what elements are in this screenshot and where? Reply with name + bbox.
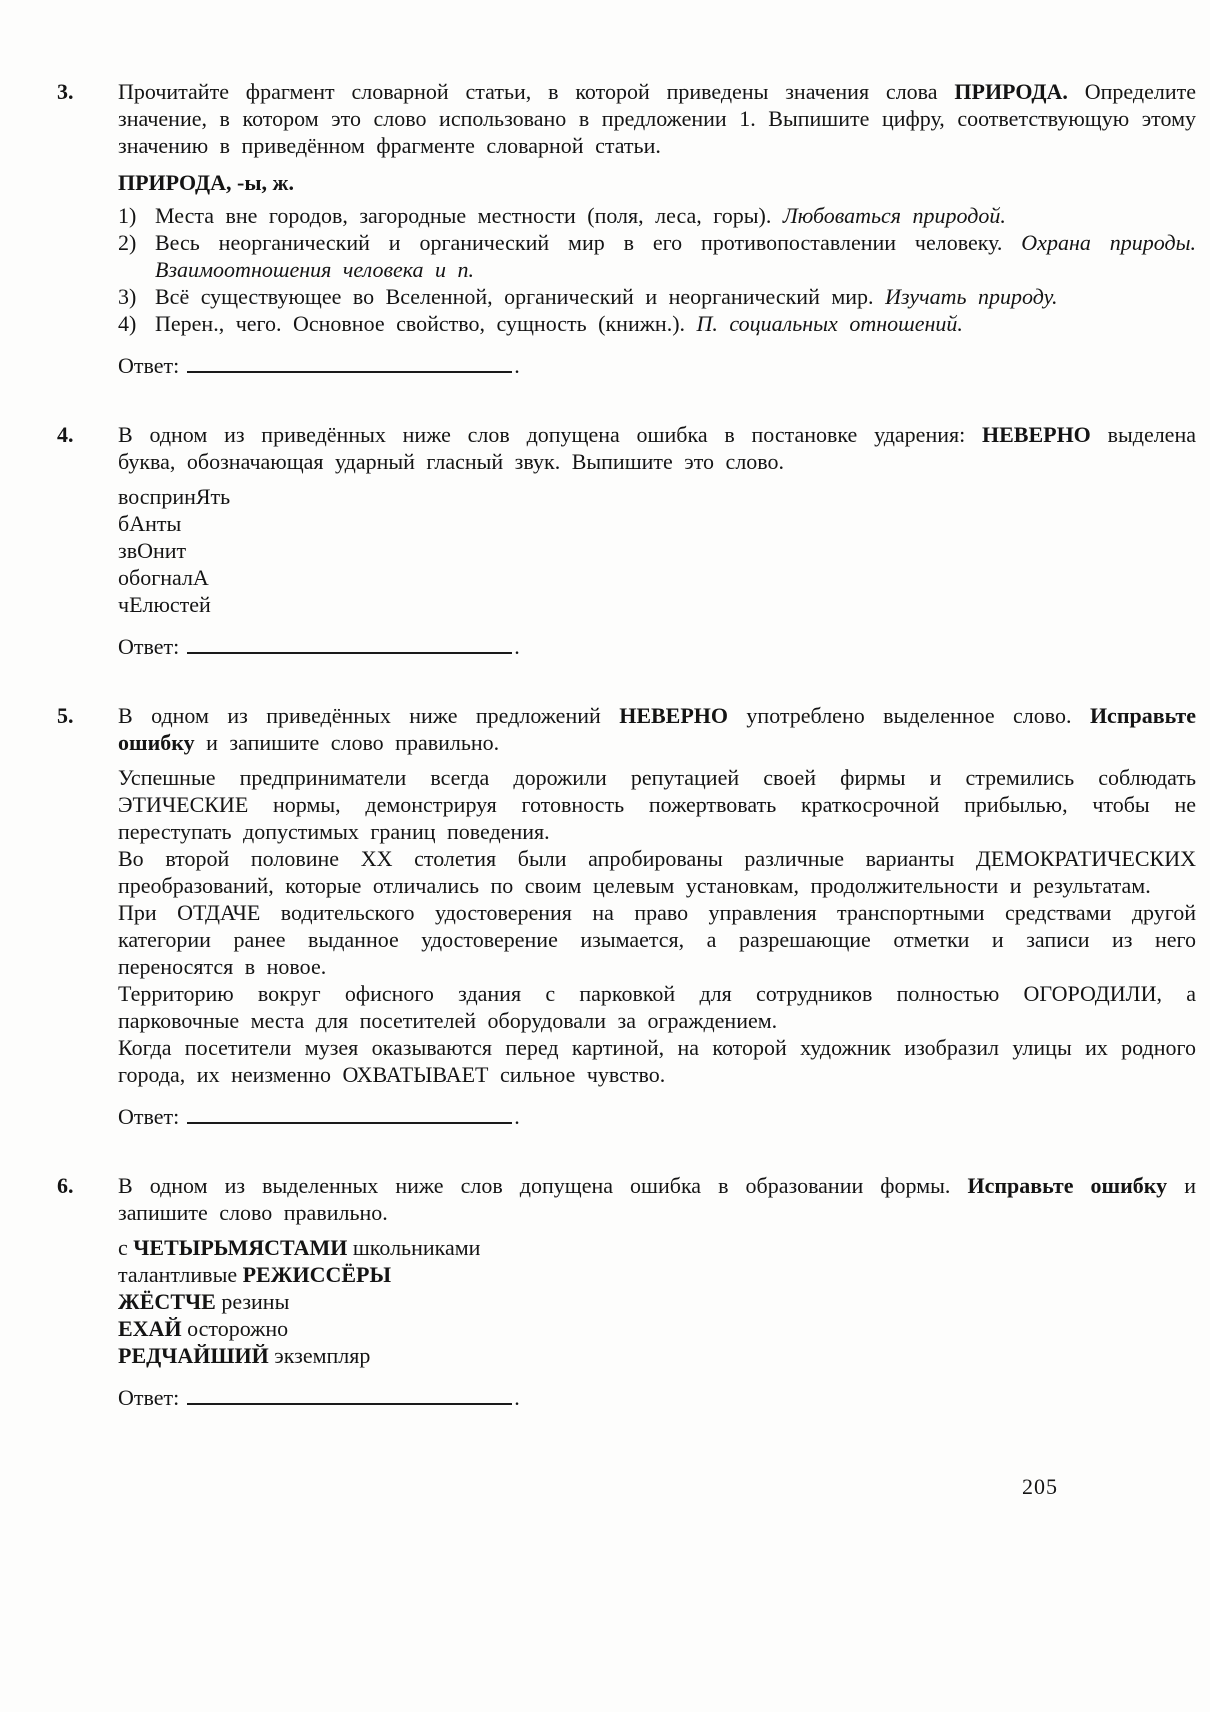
word-list-item: воспринЯть [118, 483, 1196, 510]
answer-period: . [514, 634, 520, 659]
sentence: При ОТДАЧЕ водительского удостоверения н… [118, 899, 1196, 980]
dictionary-item-1-number: 1) [118, 202, 155, 229]
sentence: Во второй половине XX столетия были апро… [118, 845, 1196, 899]
question-3-text: Прочитайте фрагмент словарной статьи, в … [118, 78, 1196, 159]
dictionary-item-3-text: Всё существующее во Вселенной, органичес… [155, 283, 1196, 310]
page-number: 205 [1022, 1474, 1058, 1500]
answer-blank-line [187, 1102, 512, 1124]
word-list-item: звОнит [118, 537, 1196, 564]
answer-blank-line [187, 1383, 512, 1405]
dictionary-definition-list: 1) Места вне городов, загородные местнос… [118, 202, 1196, 337]
word-list-item: чЕлюстей [118, 591, 1196, 618]
scanned-exam-page: 3. Прочитайте фрагмент словарной статьи,… [0, 0, 1210, 1712]
word-list-item: бАнты [118, 510, 1196, 537]
sentence: Когда посетители музея оказываются перед… [118, 1034, 1196, 1088]
question-3-number: 3. [0, 78, 118, 379]
dictionary-item-3: 3) Всё существующее во Вселенной, органи… [118, 283, 1196, 310]
sentence: Успешные предприниматели всегда дорожили… [118, 764, 1196, 845]
phrase-item: ЖЁСТЧЕ резины [118, 1288, 1196, 1315]
phrase-item: с ЧЕТЫРЬМЯСТАМИ школьниками [118, 1234, 1196, 1261]
question-4-word-list: воспринЯть бАнты звОнит обогналА чЕлюсте… [118, 483, 1196, 618]
answer-label: Ответ: [118, 1104, 179, 1129]
question-5-sentences: Успешные предприниматели всегда дорожили… [118, 764, 1196, 1088]
question-4-number: 4. [0, 421, 118, 660]
dictionary-item-1: 1) Места вне городов, загородные местнос… [118, 202, 1196, 229]
question-4: 4. В одном из приведённых ниже слов допу… [0, 421, 1196, 660]
phrase-item: талантливые РЕЖИССЁРЫ [118, 1261, 1196, 1288]
question-5-answer-row: Ответ:. [118, 1102, 1196, 1130]
question-6-number: 6. [0, 1172, 118, 1411]
dictionary-item-2-number: 2) [118, 229, 155, 283]
dictionary-item-3-number: 3) [118, 283, 155, 310]
question-5-number: 5. [0, 702, 118, 1130]
question-5-text: В одном из приведённых ниже предложений … [118, 702, 1196, 756]
question-3: 3. Прочитайте фрагмент словарной статьи,… [0, 78, 1196, 379]
dictionary-item-4: 4) Перен., чего. Основное свойство, сущн… [118, 310, 1196, 337]
phrase-item: РЕДЧАЙШИЙ экземпляр [118, 1342, 1196, 1369]
answer-label: Ответ: [118, 1385, 179, 1410]
question-5: 5. В одном из приведённых ниже предложен… [0, 702, 1196, 1130]
answer-label: Ответ: [118, 634, 179, 659]
answer-period: . [514, 353, 520, 378]
dictionary-item-4-number: 4) [118, 310, 155, 337]
dictionary-item-2-text: Весь неорганический и органический мир в… [155, 229, 1196, 283]
question-6-text: В одном из выделенных ниже слов допущена… [118, 1172, 1196, 1226]
answer-blank-line [187, 351, 512, 373]
question-3-answer-row: Ответ:. [118, 351, 1196, 379]
dictionary-headword: ПРИРОДА, -ы, ж. [118, 169, 1196, 196]
question-6-answer-row: Ответ:. [118, 1383, 1196, 1411]
answer-label: Ответ: [118, 353, 179, 378]
dictionary-item-2: 2) Весь неорганический и органический ми… [118, 229, 1196, 283]
word-list-item: обогналА [118, 564, 1196, 591]
dictionary-item-1-text: Места вне городов, загородные местности … [155, 202, 1196, 229]
question-6: 6. В одном из выделенных ниже слов допущ… [0, 1172, 1196, 1411]
answer-period: . [514, 1385, 520, 1410]
sentence: Территорию вокруг офисного здания с парк… [118, 980, 1196, 1034]
phrase-item: ЕХАЙ осторожно [118, 1315, 1196, 1342]
answer-period: . [514, 1104, 520, 1129]
question-4-answer-row: Ответ:. [118, 632, 1196, 660]
question-6-phrase-list: с ЧЕТЫРЬМЯСТАМИ школьниками талантливые … [118, 1234, 1196, 1369]
question-4-text: В одном из приведённых ниже слов допущен… [118, 421, 1196, 475]
dictionary-item-4-text: Перен., чего. Основное свойство, сущност… [155, 310, 1196, 337]
answer-blank-line [187, 632, 512, 654]
